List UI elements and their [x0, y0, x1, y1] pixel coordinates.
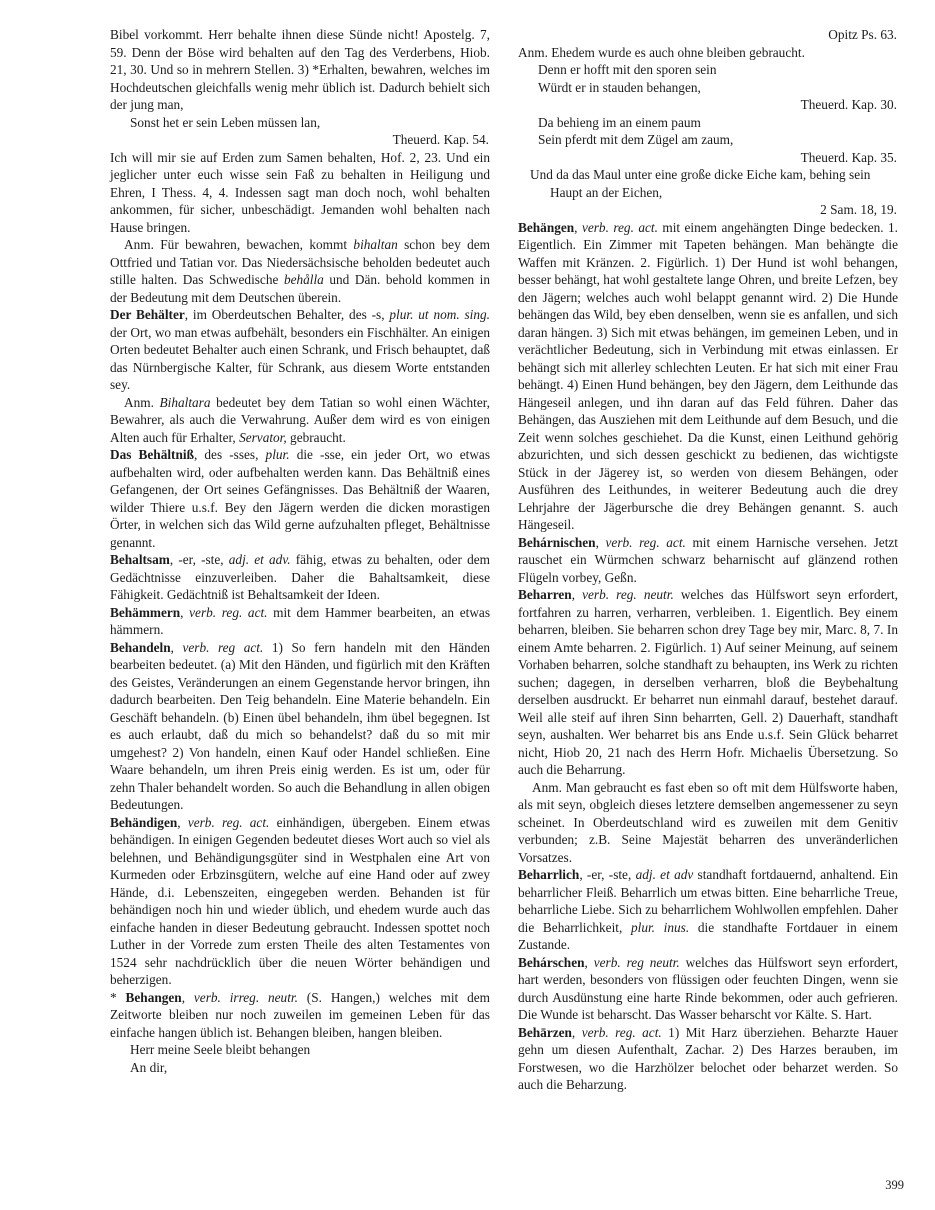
text-segment: Opitz Ps. 63.: [828, 27, 897, 42]
text-segment: , -er, -ste,: [170, 552, 229, 567]
page-number: 399: [885, 1178, 904, 1193]
annotation-paragraph: Anm. Für bewahren, bewachen, kommt bihal…: [110, 236, 490, 306]
body-paragraph: Bibel vorkommt. Herr behalte ihnen diese…: [110, 26, 490, 114]
text-segment: Theuerd. Kap. 54.: [393, 132, 489, 147]
text-segment: verb. reg act.: [182, 640, 263, 655]
headword: Beharrlich: [518, 867, 579, 882]
text-segment: verb. reg. act.: [582, 220, 658, 235]
text-segment: mit einem angehängten Dinge bedecken. 1.…: [518, 220, 898, 533]
headword: Behandeln: [110, 640, 171, 655]
dictionary-entry: Behängen, verb. reg. act. mit einem ange…: [518, 219, 898, 534]
text-segment: bihaltan: [353, 237, 397, 252]
text-segment: Und da das Maul unter eine große dicke E…: [530, 167, 870, 200]
text-segment: Theuerd. Kap. 35.: [801, 150, 897, 165]
text-segment: der Ort, wo man etwas aufbehält, besonde…: [110, 325, 490, 393]
body-paragraph: Ich will mir sie auf Erden zum Samen beh…: [110, 149, 490, 237]
text-segment: Sein pferdt mit dem Zügel am zaum,: [538, 132, 733, 147]
dictionary-entry: Behändigen, verb. reg. act. einhändigen,…: [110, 814, 490, 989]
text-segment: verb. reg. neutr.: [582, 587, 674, 602]
verse-line: Denn er hofft mit den sporen sein: [518, 61, 898, 79]
text-segment: plur.: [266, 447, 290, 462]
text-segment: 1) So fern handeln mit den Händen bearbe…: [110, 640, 490, 813]
text-segment: verb. reg. act.: [606, 535, 686, 550]
text-segment: ,: [572, 587, 582, 602]
headword: Der Behälter: [110, 307, 185, 322]
text-segment: ,: [182, 990, 194, 1005]
text-segment: verb. irreg. neutr.: [194, 990, 298, 1005]
citation-line: Opitz Ps. 63.: [518, 26, 898, 44]
text-segment: ,: [180, 605, 189, 620]
text-segment: einhändigen, übergeben. Einem etwas behä…: [110, 815, 490, 988]
text-segment: , des -sses,: [194, 447, 266, 462]
annotation-paragraph: Anm. Man gebraucht es fast eben so oft m…: [518, 779, 898, 867]
text-segment: Anm. Für bewahren, bewachen, kommt: [124, 237, 353, 252]
text-segment: Sonst het er sein Leben müssen lan,: [130, 115, 320, 130]
headword: Behängen: [518, 220, 574, 235]
text-segment: Servator,: [239, 430, 287, 445]
right-column: Opitz Ps. 63.Anm. Ehedem wurde es auch o…: [518, 26, 898, 1094]
dictionary-entry: Behaltsam, -er, -ste, adj. et adv. fähig…: [110, 551, 490, 604]
text-segment: ,: [574, 220, 582, 235]
headword: Behangen: [126, 990, 182, 1005]
headword: Behārzen: [518, 1025, 572, 1040]
text-segment: ,: [177, 815, 188, 830]
text-segment: die -sse, ein jeder Ort, wo etwas aufbeh…: [110, 447, 490, 550]
body-paragraph: Anm. Ehedem wurde es auch ohne bleiben g…: [518, 44, 898, 62]
headword: Das Behältniß: [110, 447, 194, 462]
verse-line: Herr meine Seele bleibt behangen: [110, 1041, 490, 1059]
text-segment: Würdt er in stauden behangen,: [538, 80, 701, 95]
verse-line: Würdt er in stauden behangen,: [518, 79, 898, 97]
text-segment: plur. ut nom. sing.: [389, 307, 490, 322]
text-segment: verb. reg. act.: [189, 605, 267, 620]
text-segment: adj. et adv: [636, 867, 694, 882]
citation-line: Theuerd. Kap. 54.: [110, 131, 490, 149]
dictionary-entry: Behandeln, verb. reg act. 1) So fern han…: [110, 639, 490, 814]
citation-line: 2 Sam. 18, 19.: [518, 201, 898, 219]
dictionary-entry: Behárnischen, verb. reg. act. mit einem …: [518, 534, 898, 587]
text-segment: Anm. Ehedem wurde es auch ohne bleiben g…: [518, 45, 805, 60]
text-segment: verb. reg. act.: [582, 1025, 662, 1040]
headword: Behárschen: [518, 955, 585, 970]
text-segment: gebraucht.: [287, 430, 346, 445]
headword: Beharren: [518, 587, 572, 602]
headword: Behaltsam: [110, 552, 170, 567]
text-segment: verb. reg. act.: [188, 815, 270, 830]
dictionary-entry: * Behangen, verb. irreg. neutr. (S. Hang…: [110, 989, 490, 1042]
dictionary-entry: Beharrlich, -er, -ste, adj. et adv stand…: [518, 866, 898, 954]
text-segment: verb. reg neutr.: [594, 955, 680, 970]
text-segment: behålla: [284, 272, 324, 287]
verse-line: Sein pferdt mit dem Zügel am zaum,: [518, 131, 898, 149]
dictionary-entry: Der Behälter, im Oberdeutschen Behalter,…: [110, 306, 490, 394]
dictionary-entry: Behárschen, verb. reg neutr. welches das…: [518, 954, 898, 1024]
text-segment: ,: [596, 535, 606, 550]
verse-line: Da behieng im an einem paum: [518, 114, 898, 132]
text-segment: welches das Hülfswort seyn erfordert, fo…: [518, 587, 898, 777]
text-segment: Theuerd. Kap. 30.: [801, 97, 897, 112]
text-segment: ,: [171, 640, 183, 655]
verse-line: Und da das Maul unter eine große dicke E…: [518, 166, 898, 201]
text-columns: Bibel vorkommt. Herr behalte ihnen diese…: [0, 0, 935, 1094]
text-segment: , im Oberdeutschen Behalter, des -s,: [185, 307, 390, 322]
text-segment: Da behieng im an einem paum: [538, 115, 701, 130]
text-segment: Bihaltara: [160, 395, 211, 410]
text-segment: adj. et adv.: [229, 552, 291, 567]
text-segment: Anm. Man gebraucht es fast eben so oft m…: [518, 780, 898, 865]
dictionary-page: Bibel vorkommt. Herr behalte ihnen diese…: [0, 0, 935, 1210]
text-segment: An dir,: [130, 1060, 167, 1075]
text-segment: Ich will mir sie auf Erden zum Samen beh…: [110, 150, 490, 235]
dictionary-entry: Beharren, verb. reg. neutr. welches das …: [518, 586, 898, 779]
citation-line: Theuerd. Kap. 30.: [518, 96, 898, 114]
headword: Behämmern: [110, 605, 180, 620]
headword: Behändigen: [110, 815, 177, 830]
verse-line: An dir,: [110, 1059, 490, 1077]
left-column: Bibel vorkommt. Herr behalte ihnen diese…: [110, 26, 490, 1094]
text-segment: ,: [572, 1025, 582, 1040]
text-segment: Denn er hofft mit den sporen sein: [538, 62, 716, 77]
dictionary-entry: Behämmern, verb. reg. act. mit dem Hamme…: [110, 604, 490, 639]
text-segment: Herr meine Seele bleibt behangen: [130, 1042, 310, 1057]
headword: Behárnischen: [518, 535, 596, 550]
text-segment: *: [110, 990, 126, 1005]
annotation-paragraph: Anm. Bihaltara bedeutet bey dem Tatian s…: [110, 394, 490, 447]
dictionary-entry: Behārzen, verb. reg. act. 1) Mit Harz üb…: [518, 1024, 898, 1094]
text-segment: plur. inus.: [631, 920, 689, 935]
verse-line: Sonst het er sein Leben müssen lan,: [110, 114, 490, 132]
text-segment: Anm.: [124, 395, 160, 410]
text-segment: Bibel vorkommt. Herr behalte ihnen diese…: [110, 27, 490, 112]
dictionary-entry: Das Behältniß, des -sses, plur. die -sse…: [110, 446, 490, 551]
text-segment: 2 Sam. 18, 19.: [820, 202, 897, 217]
text-segment: , -er, -ste,: [579, 867, 635, 882]
text-segment: ,: [585, 955, 594, 970]
citation-line: Theuerd. Kap. 35.: [518, 149, 898, 167]
